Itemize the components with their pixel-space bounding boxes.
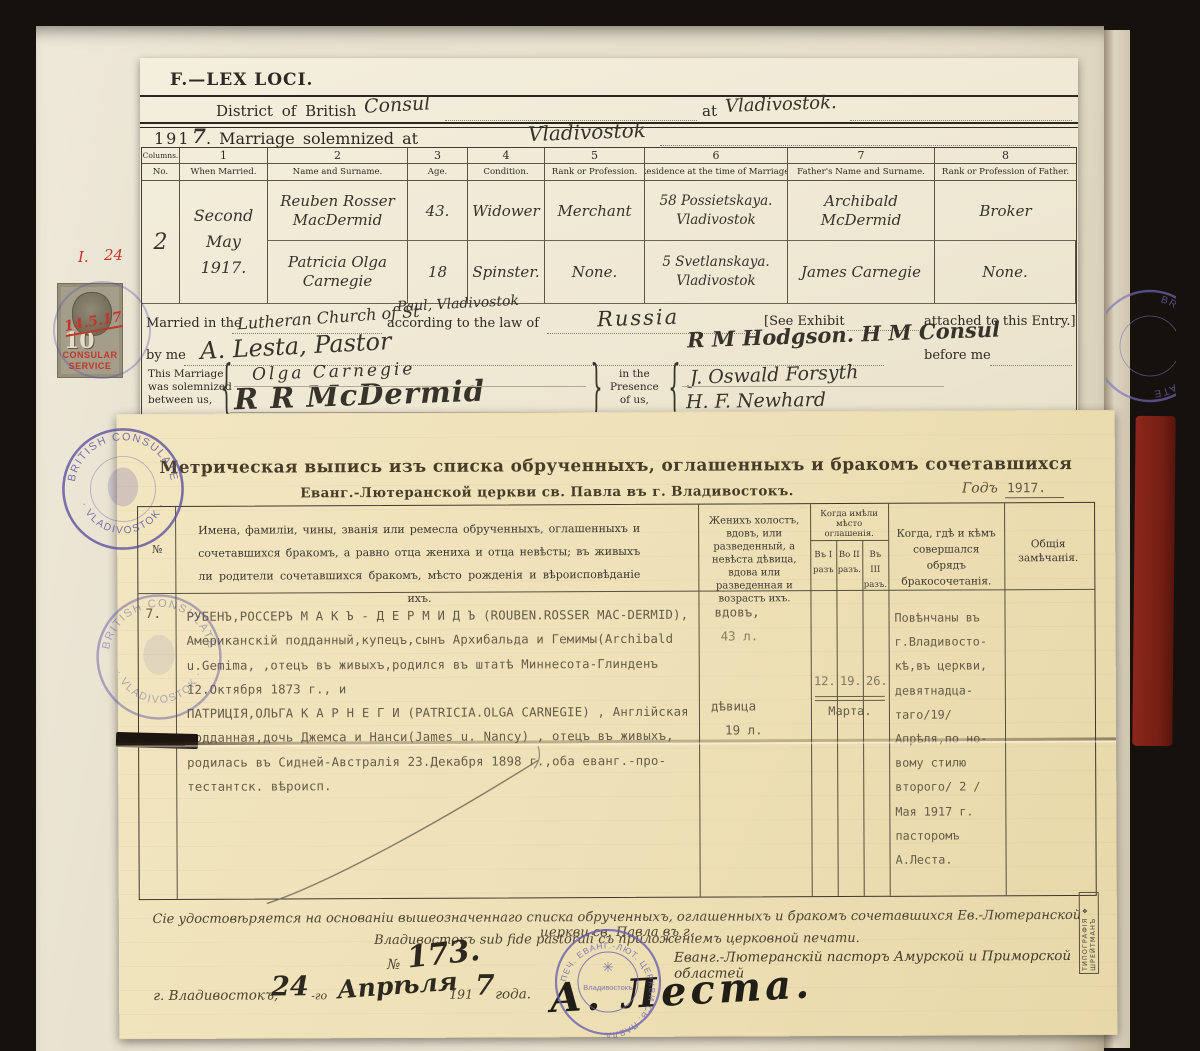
at-value-handwriting: Vladivostok. [725,92,837,117]
solemnized-place-handwriting: Vladivostok [528,118,647,146]
year-label: Годъ [962,480,998,496]
columns-label: Columns. [142,148,180,164]
bride-father: James Carnegie [788,241,935,303]
groom-profession: Merchant [545,181,645,241]
date-day-handwriting: 24 [271,971,309,1002]
ru-banns-sub1: Въ I разъ [811,548,835,578]
coat-of-arms-icon [143,635,174,675]
col-header: Rank or Profession. [545,164,645,181]
groom-residence: 58 Possietskaya. Vladivostok [645,181,788,241]
form-code: F.—LEX LOCI. [170,70,313,90]
when-married: Second May 1917. [180,181,268,303]
british-consulate-stamp-2: BRITISH CONSULATE · VLADIVOSTOK · [92,590,226,724]
column-number: 8 [935,148,1076,164]
at-label: at [702,102,717,120]
col-header: Rank or Profession of Father. [935,164,1076,181]
ru-banns-sub3: Въ III разъ. [863,548,887,593]
blank-line [990,363,1072,366]
bride-name: Patricia Olga Carnegie [268,241,408,303]
married-in-label: Married in the [146,316,242,331]
ru-names-header: Имена, фамиліи, чины, званія или ремесла… [198,517,640,611]
bride-residence: 5 Svetlanskaya. Vladivostok [645,241,788,303]
solemnized-label: . Marriage solemnized at [206,129,418,148]
ru-banns-1: 12. [814,674,836,688]
presence-line3: of us, [610,394,659,407]
ru-ceremony-header: Когда, гдѣ и кѣмъ совершался обрядъ брак… [894,525,998,589]
groom-father: Archibald McDermid [788,181,935,241]
year-printed: 191 [154,129,191,148]
tear-shadow [116,732,198,749]
table-line [810,540,888,541]
date-month-handwriting: Апрѣля [336,967,458,1005]
ru-banns-header: Когда имѣли мѣсто оглашенія. [812,509,886,539]
british-consulate-stamp-3: BRITISH CONSULATE [1106,284,1176,408]
ru-banns-month: Марта. [811,704,889,718]
col-header: Condition. [468,164,545,181]
column-number: 7 [788,148,935,164]
consulate-ring-text-top: BRITISH CONSULATE [1151,294,1176,403]
col-header: Name and Surname. [268,164,408,181]
ru-status-header: Женихъ холостъ, вдовъ, или разведенный, … [704,514,804,605]
law-value-handwriting: Russia [597,305,680,332]
ru-groom-status: вдовъ, [714,604,759,619]
seal-ornament-icon: ✳ [602,960,614,976]
table-line [888,504,891,896]
column-number: 4 [468,148,545,164]
date-suffix: года. [495,986,531,1002]
rule [140,95,1078,97]
ru-groom-age: 43 л. [721,628,759,643]
ru-title: Метрическая выпись изъ списка обрученных… [117,454,1115,478]
ru-banns-sub2: Во II разъ. [837,548,861,578]
bride-father-rank: None. [935,241,1076,303]
entry-number: 2 [142,181,180,303]
register-table: Columns. 1 2 3 4 5 6 7 8 No. When Marrie… [142,147,1076,304]
table-line [698,505,701,897]
column-number: 6 [645,148,788,164]
british-consulate-stamp: BRITISH CONSULATE · VLADIVOSTOK · [58,424,188,554]
before-me-label: before me [924,348,991,363]
photograph-of-register-book: F.—LEX LOCI. District of British Consul … [0,0,1200,1051]
blank-line [850,118,1072,121]
seal-center-text: Владивостокъ [583,983,633,992]
column-number: 3 [408,148,468,164]
col-header: When Married. [180,164,268,181]
date-year-handwriting: 7 [475,969,495,1002]
svg-text:BRITISH CONSULATE: BRITISH CONSULATE [1151,294,1176,403]
col-header: Age. [408,164,468,181]
by-me-label: by me [146,348,186,363]
bride-age: 18 [408,241,468,303]
faint-date-stamp-ring [53,281,151,379]
marriage-register-form: F.—LEX LOCI. District of British Consul … [140,58,1078,424]
date-year-printed: 191 [449,987,473,1002]
presence-label-block: in the Presence of us, [610,368,659,407]
date-prefix: г. Владивостокъ, [153,987,278,1004]
groom-age: 43. [408,181,468,241]
law-label: according to the law of [387,316,539,331]
groom-father-rank: Broker [935,181,1076,241]
ru-banns-2: 19. [840,674,862,688]
blank-line [234,384,586,387]
attestation-section: Married in the Lutheran Church of St Pau… [142,304,1076,417]
blank-line [682,384,944,387]
col-header: Residence at the time of Marriage. [645,164,788,181]
column-number: 5 [545,148,645,164]
groom-condition: Widower [468,181,545,241]
printer-mark: ТИПОГРАФІЯ ❖ ШРЕЙТМАНЪ [1079,892,1099,974]
presence-line2: Presence [610,381,659,394]
ru-remarks-header: Общія замѣчанія. [1007,537,1089,565]
coat-of-arms-icon [108,467,138,506]
bride-profession: None. [545,241,645,303]
column-number: 2 [268,148,408,164]
ru-bride-status: дѣвица [711,698,756,713]
red-book-cover-edge [1132,416,1175,746]
ru-bride-age: 19 л. [725,722,763,737]
year-value: 1917. [1005,481,1064,498]
no-header: No. [142,164,180,181]
ru-subtitle: Еванг.-Лютеранской церкви св. Павла въ г… [117,482,977,502]
ru-banns-3: 26. [866,674,888,688]
district-value-handwriting: Consul [363,92,430,117]
blank-line [660,143,1070,146]
year-handwritten-digit: 7 [192,124,206,148]
pencil-flourish [238,742,559,923]
date-go: -го [311,989,327,1002]
red-annotation-1: I. [78,248,89,266]
col-header: Father's Name and Surname. [788,164,935,181]
presence-line1: in the [610,368,659,381]
red-annotation-2: 24 [104,246,123,264]
double-rule [815,696,885,701]
district-label: District of British [216,102,356,120]
right-edge-stamp-clip: BRITISH CONSULATE [1106,284,1176,408]
column-number: 1 [180,148,268,164]
groom-name: Reuben Rosser MacDermid [268,181,408,241]
church-seal-stamp: ПЕЧ. ЕВАНГ.-ЛЮТ. ЦЕРКВИ СВ. ПАВЛА ✳ Влад… [552,926,664,1038]
